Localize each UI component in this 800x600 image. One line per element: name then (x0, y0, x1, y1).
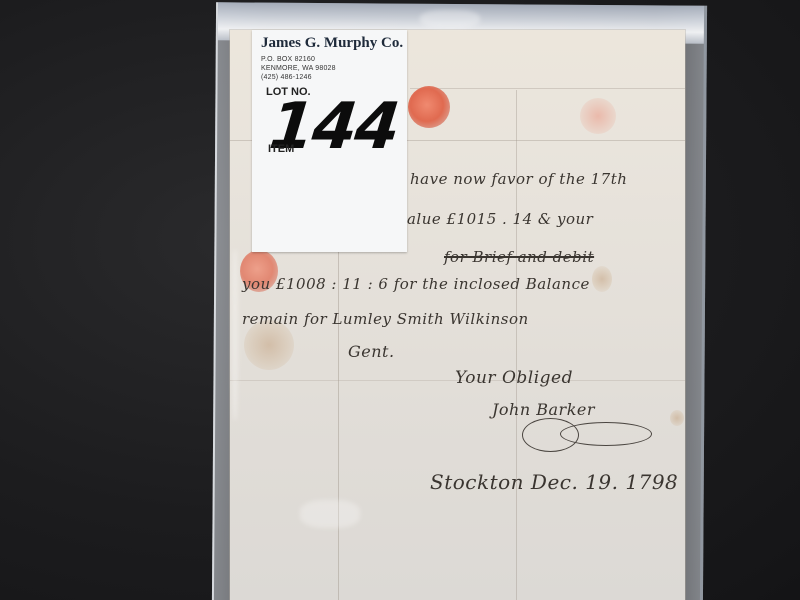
place-date: Stockton Dec. 19. 1798 (430, 470, 678, 494)
company-name: James G. Murphy Co. (261, 35, 403, 52)
wax-seal (408, 86, 450, 128)
signature: John Barker (492, 400, 595, 419)
fold-crease (516, 90, 517, 600)
letter-line-2: value £1015 . 14 & your (398, 210, 593, 228)
lot-label: James G. Murphy Co. P.O. BOX 82160 KENMO… (252, 30, 407, 252)
sleeve-glare (300, 500, 360, 528)
letter-line-5: remain for Lumley Smith Wilkinson (242, 310, 529, 328)
letter-line-6: Gent. (348, 342, 395, 361)
sleeve-glare (420, 10, 480, 28)
phone-number: (425) 486-1246 (261, 74, 312, 81)
wax-seal-faint (580, 98, 616, 134)
letter-line-4: you £1008 : 11 : 6 for the inclosed Bala… (242, 275, 590, 293)
fold-crease (410, 88, 685, 89)
address-line-1: P.O. BOX 82160 (261, 56, 315, 63)
letter-line-3: for Brief and debit (444, 248, 594, 266)
paper-stain (592, 266, 612, 292)
sleeve-glare (232, 250, 238, 420)
item-label: ITEM (268, 143, 294, 155)
letter-line-7: Your Obliged (455, 368, 573, 388)
address-line-2: KENMORE, WA 98028 (261, 65, 336, 72)
paper-stain (670, 410, 684, 426)
signature-flourish (560, 422, 652, 446)
letter-line-1: have now favor of the 17th (410, 170, 627, 188)
